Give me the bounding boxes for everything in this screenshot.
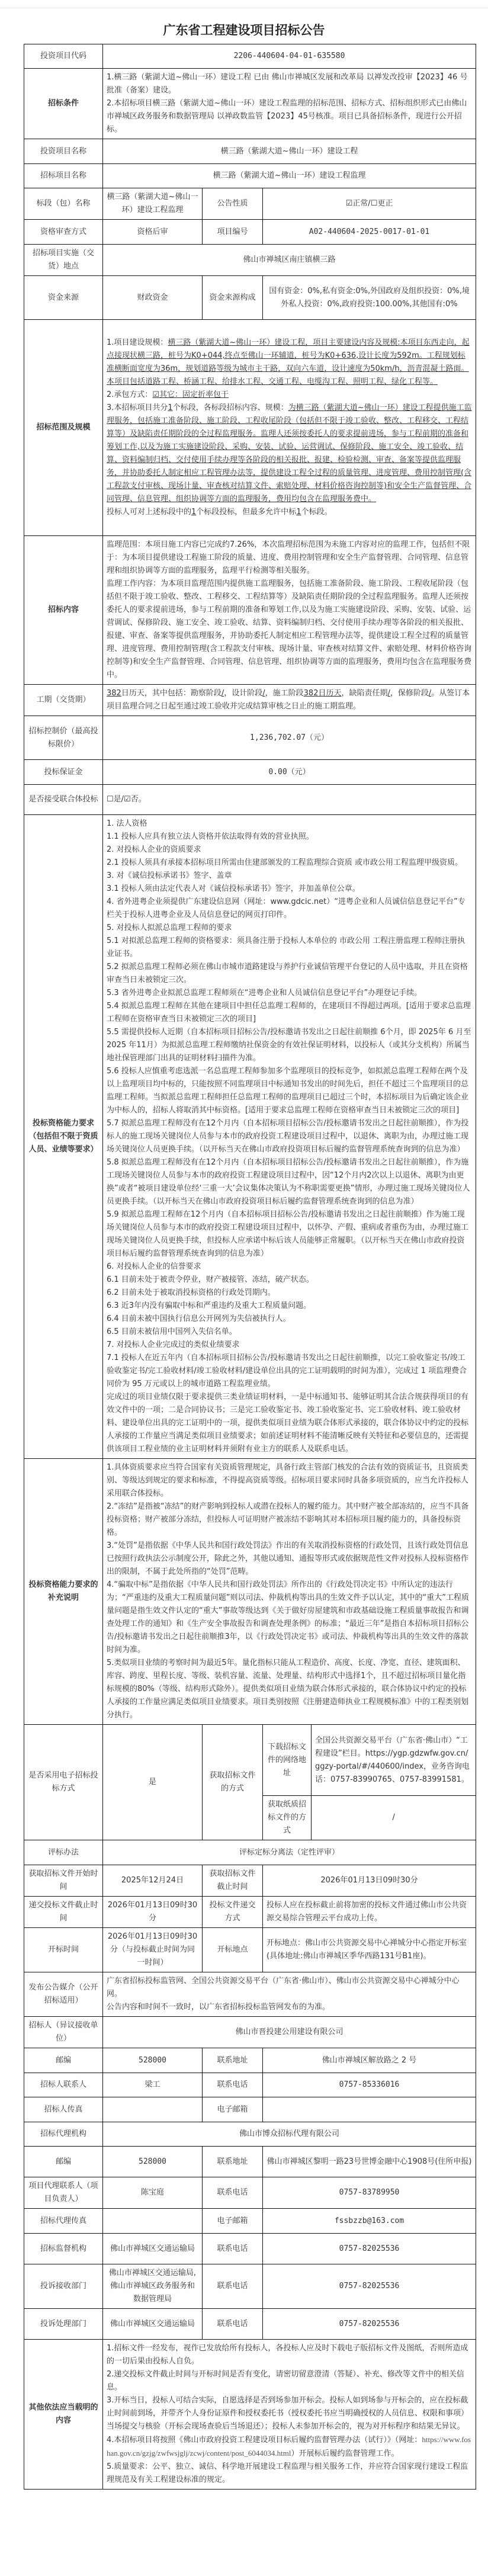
req-line: 4. 省外进粤企业须提供广东建设信息网（网址：www.gdcic.net）“进粤…: [107, 896, 472, 922]
label-evaluation: 评标办法: [24, 1840, 103, 1865]
period-days: 382: [107, 689, 121, 698]
label-doc-start: 获取招标文件开始时间: [24, 1865, 103, 1897]
tender-notice-table: 投资项目代码 2206-440604-04-01-635580 招标条件 1.横…: [24, 44, 476, 2490]
label-qualification: 资格审查方式: [24, 220, 103, 245]
row-submit: 递交投标文件截止时间 2026年01月13日09时30分 投标文件递交方式 投标…: [24, 1897, 476, 1928]
req-line: 5.5 需提供投标人近期（自本招标项目招标公告/投标邀请书发出之日起往前顺推 6…: [107, 1026, 472, 1065]
bid-limit-c: 个标段。: [301, 508, 332, 517]
period-construction: 382日历天: [304, 689, 342, 698]
req-line: 3.1 投标人须由法定代表人对《诚信投标承诺书》签字，并加盖单位公章。: [107, 883, 472, 896]
label-tenderer-postcode: 邮编: [24, 2048, 103, 2073]
label-section: 标段（包）名称: [24, 188, 103, 220]
req-line: 5.9 拟派总监理工程师在12个月内（自本招标项目招标公告/投标邀请书发出之日起…: [107, 1208, 472, 1260]
value-tender-name: 横三路（紫湖大道~佛山一环）建设工程监理: [103, 164, 476, 188]
other-line4-suffix: ）开展标后履约监督管理工作。: [291, 2449, 399, 2458]
label-agency-contact: 项目代理联系人（项目负责人）: [24, 2177, 103, 2209]
req-line: 1.1 投标人应具有独立法人资格并依法取得有效的营业执照。: [107, 830, 472, 843]
other-line: 1.招标文件一经发布，视作已发放给所有投标人，各投标人应及时下载电子版招标文件及…: [107, 2342, 472, 2368]
value-paper-method: /: [312, 1796, 476, 1840]
value-media: 广东省招标投标监管网、全国公共资源交易平台（广东省·佛山市）、佛山市公共资源交易…: [103, 1972, 476, 2017]
label-agency: 招标代理机构: [24, 2122, 103, 2147]
scope-sections-text: 为横三路（紫湖大道~佛山一环）建设工程提供施工监理服务，包括施工准备阶段、施工阶…: [107, 403, 472, 503]
period-t2: ，设计阶段: [224, 689, 262, 698]
value-supervision-phone: 0757-82025536: [263, 2234, 476, 2264]
supp-line: 3.“处罚”是指依据《中华人民共和国行政处罚法》作出的有关取消投标资格的行政处罚…: [107, 1539, 472, 1579]
req-line: 5.2 拟派总监理工程师必须在佛山市城市道路建设与养护行业诚信管理平台登记的人员…: [107, 961, 472, 987]
label-project-number: 项目编号: [203, 220, 263, 245]
content-line-2: 监理工作内容：为本项目监理范围内提供施工监理服务，包括施工准备阶段、施工阶段、工…: [107, 578, 472, 682]
period-t1: 日历天，其中包括：勘察阶段: [121, 689, 221, 698]
label-control-price: 招标控制价（最高投标限价）: [24, 716, 103, 760]
value-period: 382日历天，其中包括：勘察阶段/，设计阶段/，施工阶段382日历天，缺陷责任期…: [103, 685, 476, 716]
row-complaint-handle: 投诉处理部门 佛山市禅城区交通运输局 联系电话 0757-82025536: [24, 2309, 476, 2340]
value-complaint-handle: 佛山市禅城区交通运输局: [103, 2309, 203, 2340]
label-supervision-phone: 联系电话: [203, 2234, 263, 2264]
value-tenderer: 佛山市晋投建公用建设有限公司: [103, 2017, 476, 2048]
row-content: 招标内容 监理范围：本项目施工内容已完成约7.26%，本次监理招标范围为未施工内…: [24, 536, 476, 685]
value-conditions: 1.横三路（紫湖大道~佛山一环）建设工程 已由 佛山市禅城区发展和改革局 以禅发…: [103, 69, 476, 139]
label-tender-name: 招标项目名称: [24, 164, 103, 188]
scope-sections-prefix: 3.本招标项目共分: [107, 403, 168, 412]
label-submit-method: 投标文件递交方式: [203, 1897, 263, 1928]
label-complaint-recv: 投诉接收部门: [24, 2264, 103, 2309]
value-location: 佛山市禅城区南庄镇横三路: [103, 245, 476, 276]
label-agency-postcode: 邮编: [24, 2147, 103, 2177]
row-tenderer: 招标人（异议接收单位） 佛山市晋投建公用建设有限公司: [24, 2017, 476, 2048]
row-evaluation: 评标办法 评标定标分离法（定性评审）: [24, 1840, 476, 1865]
value-tenderer-phone: 0757-85336016: [263, 2073, 476, 2097]
period-t4: ，缺陷责任期: [341, 689, 387, 698]
supp-line: 1.具体资质要求应当符合国家有关资质管理规定，具备行政主管部门核发的合法有效的资…: [107, 1461, 472, 1500]
bid-limit-a: 投标人可对上述标段中的: [107, 508, 191, 517]
row-period: 工期（交货期） 382日历天，其中包括：勘察阶段/，设计阶段/，施工阶段382日…: [24, 685, 476, 716]
media-line: 广东省招标投标监管网、全国公共资源交易平台（广东省·佛山市）、佛山市公共资源交易…: [107, 1975, 472, 2001]
value-agency-fax: [103, 2209, 203, 2234]
req-line: 7.1 投标人在近五年内（自本招标项目招标公告/投标邀请书发出之日起往前顺推，以…: [107, 1352, 472, 1391]
scope-contract-prefix: 2.承包方式：: [107, 390, 152, 399]
label-funding: 资金来源: [24, 276, 103, 320]
top-divider: [0, 0, 488, 8]
req-line: 完成过的项目业绩仅限于要求提供三类业绩证明材料，一是中标通知书、能够证明其合法合…: [107, 1391, 472, 1456]
req-line: 6. 对投标人企业的信誉要求: [107, 1260, 472, 1273]
value-agency-contact: 陈宝庭: [103, 2177, 203, 2209]
value-submit-method: 投标人应在投标截止前将加密的投标文件通过佛山市公共资源交易综合管理云平台成功上传…: [263, 1897, 476, 1928]
value-submit-deadline: 2026年01月13日09时30分: [103, 1897, 203, 1928]
row-conditions: 招标条件 1.横三路（紫湖大道~佛山一环）建设工程 已由 佛山市禅城区发展和改革…: [24, 69, 476, 139]
value-project-number: A02-440604-2025-0017-01-01: [263, 220, 476, 245]
req-line: 5.6 投标人应慎重考虑选派一名总监理工程师参加多个监理项目的投标竞争，如拟派总…: [107, 1065, 472, 1117]
label-tenderer-contact: 招标人联系人: [24, 2073, 103, 2097]
other-line: 3.开标当日，投标人可结合实际，自愿选择是否到场参加开标会。投标人如到场参与开标…: [107, 2394, 472, 2433]
bid-limit-n2: 1: [296, 508, 301, 517]
label-agency-phone: 联系电话: [203, 2177, 263, 2209]
label-requirements: 投标资格能力要求（包括但不限于资质人员、业绩等要求）: [24, 815, 103, 1459]
label-consortium: 是否接受联合体投标: [24, 785, 103, 815]
req-line: 6.4 目前未被中国执行信息公开网列为失信被执行人。: [107, 1313, 472, 1326]
label-doc-method: 获取招标文件的方式: [203, 1725, 263, 1840]
content-line-1: 监理范围：本项目施工内容已完成约7.26%，本次监理招标范围为未施工内容对应的监…: [107, 538, 472, 578]
row-project-code: 投资项目代码 2206-440604-04-01-635580: [24, 44, 476, 69]
conditions-line-1: 1.横三路（紫湖大道~佛山一环）建设工程 已由 佛山市禅城区发展和改革局 以禅发…: [107, 71, 472, 97]
value-opening-time: 2026年01月13日09时30分（与投标截止时间为同一时间）: [103, 1928, 203, 1972]
req-line: 7. 对投标人企业完成过的类似业绩要求: [107, 1339, 472, 1352]
req-line: 6.2 目前未处于被取消投标资格的行政处罚期内。: [107, 1287, 472, 1300]
label-invest-name: 投资项目名称: [24, 139, 103, 164]
scope-sections-mid: 个标段，各标段招标内容、规模：: [173, 403, 288, 412]
label-download-url: 下载招标文件的网络地址: [263, 1725, 312, 1796]
req-line: 5.4 拟派总监理工程师在其他在建项目中担任总监理工程师的，在建项目不得超过两项…: [107, 1000, 472, 1026]
value-qualification: 资格后审: [103, 220, 203, 245]
label-paper-method: 获取纸质招标文件的方式: [263, 1796, 312, 1840]
page-title: 广东省工程建设项目招标公告: [0, 21, 488, 39]
value-agency-email[interactable]: fssbzzb@163.com: [263, 2209, 476, 2234]
row-invest-name: 投资项目名称 横三路（紫湖大道~佛山一环）建设工程: [24, 139, 476, 164]
req-line: 5.8 拟派总监理工程师没有在12个月内（自本招标项目招标公告/投标邀请书发出之…: [107, 1156, 472, 1208]
value-download-url[interactable]: 全国公共资源交易平台（广东省·佛山市）“工程建设”栏目。https://ygp.…: [312, 1725, 476, 1796]
value-tenderer-fax: [103, 2097, 203, 2122]
other-line4-prefix: 4.本招标项目将按照《佛山市政府投资工程建设项目标后履约监督管理办法（试行）》（…: [107, 2436, 422, 2445]
row-supplement: 投标资格能力要求的补充说明 1.具体资质要求应当符合国家有关资质管理规定，具备行…: [24, 1459, 476, 1725]
row-scope: 招标范围及规模 1.项目建设规模：横三路（紫湖大道~佛山一环）建设工程，项目主要…: [24, 320, 476, 536]
row-complaint-recv: 投诉接收部门 佛山市禅城区交通运输局,佛山市禅城区政务服务和数据管理局 联系电话…: [24, 2264, 476, 2309]
req-line: 1. 法人资格: [107, 817, 472, 830]
value-supervision: 佛山市禅城区交通运输局: [103, 2234, 203, 2264]
value-funding: 财政资金: [103, 276, 203, 320]
label-tenderer-email: 电子邮箱: [203, 2097, 263, 2122]
row-tender-name: 招标项目名称 横三路（紫湖大道~佛山一环）建设工程监理: [24, 164, 476, 188]
value-section: 横三路（紫湖大道~佛山一环）建设工程监理: [103, 188, 203, 220]
req-line: 5.1 对拟派总监理工程师的资格要求：须具备注册于投标人本单位的 市政公用 工程…: [107, 935, 472, 961]
value-agency-phone: 0757-83789950: [263, 2177, 476, 2209]
label-supervision: 招标监督机构: [24, 2234, 103, 2264]
req-line: 5. 对投标人拟派总监理工程师的要求: [107, 922, 472, 935]
label-opening-place: 开标地点: [203, 1928, 263, 1972]
value-opening-place: 开标地点：佛山市公共资源交易中心禅城分中心指定开标室(具体地址:佛山市禅城区季华…: [263, 1928, 476, 1972]
supp-line: 4.“骗取中标”是指依据《中华人民共和国行政处罚法》所作出的《行政处罚决定书》中…: [107, 1579, 472, 1657]
value-funding-composition: 国有资金：0%,私有资金:0%,外国政府及组织投资：0%,境外私人投资：0%,政…: [263, 276, 476, 320]
row-agency-contact: 项目代理联系人（项目负责人） 陈宝庭 联系电话 0757-83789950: [24, 2177, 476, 2209]
scope-sections-count: 1: [168, 403, 172, 412]
scope-scale-prefix: 1.项目建设规模：: [107, 338, 168, 347]
bid-limit-b: 个标段投标，但最多允许中标: [196, 508, 296, 517]
row-media: 发布公告媒介（公开招标适用） 广东省招标投标监管网、全国公共资源交易平台（广东省…: [24, 1972, 476, 2017]
req-line: 3. 对《诚信投标承诺书》签字、盖章: [107, 870, 472, 883]
value-complaint-recv: 佛山市禅城区交通运输局,佛山市禅城区政务服务和数据管理局: [103, 2264, 203, 2309]
row-agency-post: 邮编 528000 联系地址 佛山市禅城区黎明一路23号世博金融中心1908号(…: [24, 2147, 476, 2177]
row-doc-time: 获取招标文件开始时间 2025年12月24日 获取招标文件截止时间 2026年0…: [24, 1865, 476, 1897]
value-agency: 佛山市博众招标代理有限公司: [103, 2122, 476, 2147]
label-funding-composition: 资金来源构成: [203, 276, 263, 320]
row-tenderer-post: 邮编 528000 联系地址 佛山市禅城区解放路之 2 号: [24, 2048, 476, 2073]
row-agency: 招标代理机构 佛山市博众招标代理有限公司: [24, 2122, 476, 2147]
row-section: 标段（包）名称 横三路（紫湖大道~佛山一环）建设工程监理 公告性质 ☑正常/☐更…: [24, 188, 476, 220]
value-agency-address: 佛山市禅城区黎明一路23号世博金融中心1908号(住所申报): [263, 2147, 476, 2177]
label-opening-time: 开标时间: [24, 1928, 103, 1972]
value-tenderer-contact: 梁工: [103, 2073, 203, 2097]
row-location: 招标项目实施（交货）地点 佛山市禅城区南庄镇横三路: [24, 245, 476, 276]
value-supplement: 1.具体资质要求应当符合国家有关资质管理规定，具备行政主管部门核发的合法有效的资…: [103, 1459, 476, 1725]
period-t5: ，保修阶段: [390, 689, 429, 698]
supp-line: 2.“冻结”是指被“冻结”的财产影响到投标人或潜在投标人的履约能力。其中财产被全…: [107, 1500, 472, 1539]
value-invest-name: 横三路（紫湖大道~佛山一环）建设工程: [103, 139, 476, 164]
value-project-code: 2206-440604-04-01-635580: [103, 44, 476, 69]
label-supplement: 投标资格能力要求的补充说明: [24, 1459, 103, 1725]
label-tenderer-address: 联系地址: [203, 2048, 263, 2073]
period-t3: ，施工阶段: [265, 689, 304, 698]
label-nature: 公告性质: [203, 188, 263, 220]
value-deposit: 0.00（元）: [103, 760, 476, 785]
label-content: 招标内容: [24, 536, 103, 685]
label-complaint-handle: 投诉处理部门: [24, 2309, 103, 2340]
supp-line: 5.类似项目业绩的考察时间为最近5年。量化指标只能从工程造价、高度、长度、净宽、…: [107, 1657, 472, 1722]
value-agency-postcode: 528000: [103, 2147, 203, 2177]
req-line: 6.5 目前未被信用中国列入失信名单。: [107, 1326, 472, 1339]
label-agency-address: 联系地址: [203, 2147, 263, 2177]
label-tenderer-fax: 招标人传真: [24, 2097, 103, 2122]
label-agency-fax: 招标代理传真: [24, 2209, 103, 2234]
row-deposit: 投标保证金 0.00（元）: [24, 760, 476, 785]
label-submit-deadline: 递交投标文件截止时间: [24, 1897, 103, 1928]
label-agency-email: 电子邮箱: [203, 2209, 263, 2234]
value-doc-start: 2025年12月24日: [103, 1865, 203, 1897]
label-electronic: 是否采用电子招标投标方式: [24, 1725, 103, 1840]
row-tenderer-fax: 招标人传真 电子邮箱: [24, 2097, 476, 2122]
req-line: 2. 对投标人企业的资质要求: [107, 843, 472, 856]
req-line: 5.3 省外进粤企业拟派总监理工程师须在“进粤企业和人员诚信信息登记平台”办理登…: [107, 987, 472, 1000]
media-line: 公告内容和时间不一致时，以广东省招标投标监管网发布的为准。: [107, 2001, 472, 2014]
row-tenderer-contact: 招标人联系人 梁工 联系电话 0757-85336016: [24, 2073, 476, 2097]
label-period: 工期（交货期）: [24, 685, 103, 716]
row-control-price: 招标控制价（最高投标限价） 1,236,702.07（元）: [24, 716, 476, 760]
req-line: 5.7 拟派总监理工程师没有在12个月内（自本招标项目招标公告/投标邀请书发出之…: [107, 1117, 472, 1156]
row-qualification: 资格审查方式 资格后审 项目编号 A02-440604-2025-0017-01…: [24, 220, 476, 245]
value-tenderer-email: [263, 2097, 476, 2122]
req-line: 6.1 目前未处于被责令停业，财产被接管、冻结，破产状态。: [107, 1273, 472, 1287]
label-scope: 招标范围及规模: [24, 320, 103, 536]
row-opening: 开标时间 2026年01月13日09时30分（与投标截止时间为同一时间） 开标地…: [24, 1928, 476, 1972]
other-line: 2.递交投标文件截止时间与开标时间是否有变化，请密切留意澄清（答疑）、补充、修改…: [107, 2368, 472, 2394]
value-control-price: 1,236,702.07（元）: [103, 716, 476, 760]
label-tenderer: 招标人（异议接收单位）: [24, 2017, 103, 2048]
req-line: 6.3 近3年内没有骗取中标和严重违约及重大工程质量问题。: [107, 1300, 472, 1313]
conditions-line-2: 2.本招标项目横三路（紫湖大道~佛山一环）建设工程监理的招标范围、招标方式、招标…: [107, 97, 472, 136]
label-other: 其他依法应当载明的内容: [24, 2340, 103, 2490]
label-complaint-recv-phone: 联系电话: [203, 2264, 263, 2309]
row-requirements: 投标资格能力要求（包括但不限于资质人员、业绩等要求） 1. 法人资格 1.1 投…: [24, 815, 476, 1459]
bottom-spacer: [0, 2490, 488, 2518]
label-media: 发布公告媒介（公开招标适用）: [24, 1972, 103, 2017]
req-line: 2.1 投标人须具有承接本招标项目所需由住建部颁发的工程监理综合资质 或市政公用…: [107, 856, 472, 870]
value-nature: ☑正常/☐更正: [263, 188, 476, 220]
label-conditions: 招标条件: [24, 69, 103, 139]
row-other: 其他依法应当载明的内容 1.招标文件一经发布，视作已发放给所有投标人，各投标人应…: [24, 2340, 476, 2490]
label-tenderer-phone: 联系电话: [203, 2073, 263, 2097]
value-complaint-recv-phone: 0757-82025536: [263, 2264, 476, 2309]
value-consortium: ☐是/☑否。: [103, 785, 476, 815]
scope-contract-text: ☑其它：固定折率包干: [152, 390, 229, 399]
label-complaint-handle-phone: 联系电话: [203, 2309, 263, 2340]
value-tenderer-address: 佛山市禅城区解放路之 2 号: [263, 2048, 476, 2073]
label-location: 招标项目实施（交货）地点: [24, 245, 103, 276]
value-complaint-handle-phone: 0757-82025536: [263, 2309, 476, 2340]
row-electronic-download: 是否采用电子招标投标方式 是 获取招标文件的方式 下载招标文件的网络地址 全国公…: [24, 1725, 476, 1796]
value-scope: 1.项目建设规模：横三路（紫湖大道~佛山一环）建设工程，项目主要建设内容及规模:…: [103, 320, 476, 536]
value-electronic: 是: [103, 1725, 203, 1840]
row-agency-fax: 招标代理传真 电子邮箱 fssbzzb@163.com: [24, 2209, 476, 2234]
value-requirements: 1. 法人资格 1.1 投标人应具有独立法人资格并依法取得有效的营业执照。 2.…: [103, 815, 476, 1459]
row-funding: 资金来源 财政资金 资金来源构成 国有资金：0%,私有资金:0%,外国政府及组织…: [24, 276, 476, 320]
value-doc-end: 2026年01月13日09时30分: [263, 1865, 476, 1897]
value-tenderer-postcode: 528000: [103, 2048, 203, 2073]
other-line: 5.质量要求：公平、独立、诚信、科学地开展建设工程监理与相关服务工作，并应符合国…: [107, 2460, 472, 2487]
row-supervision: 招标监督机构 佛山市禅城区交通运输局 联系电话 0757-82025536: [24, 2234, 476, 2264]
label-project-code: 投资项目代码: [24, 44, 103, 69]
value-content: 监理范围：本项目施工内容已完成约7.26%，本次监理招标范围为未施工内容对应的监…: [103, 536, 476, 685]
label-deposit: 投标保证金: [24, 760, 103, 785]
value-other: 1.招标文件一经发布，视作已发放给所有投标人，各投标人应及时下载电子版招标文件及…: [103, 2340, 476, 2490]
label-doc-end: 获取招标文件截止时间: [203, 1865, 263, 1897]
row-consortium: 是否接受联合体投标 ☐是/☑否。: [24, 785, 476, 815]
value-evaluation: 评标定标分离法（定性评审）: [103, 1840, 476, 1865]
